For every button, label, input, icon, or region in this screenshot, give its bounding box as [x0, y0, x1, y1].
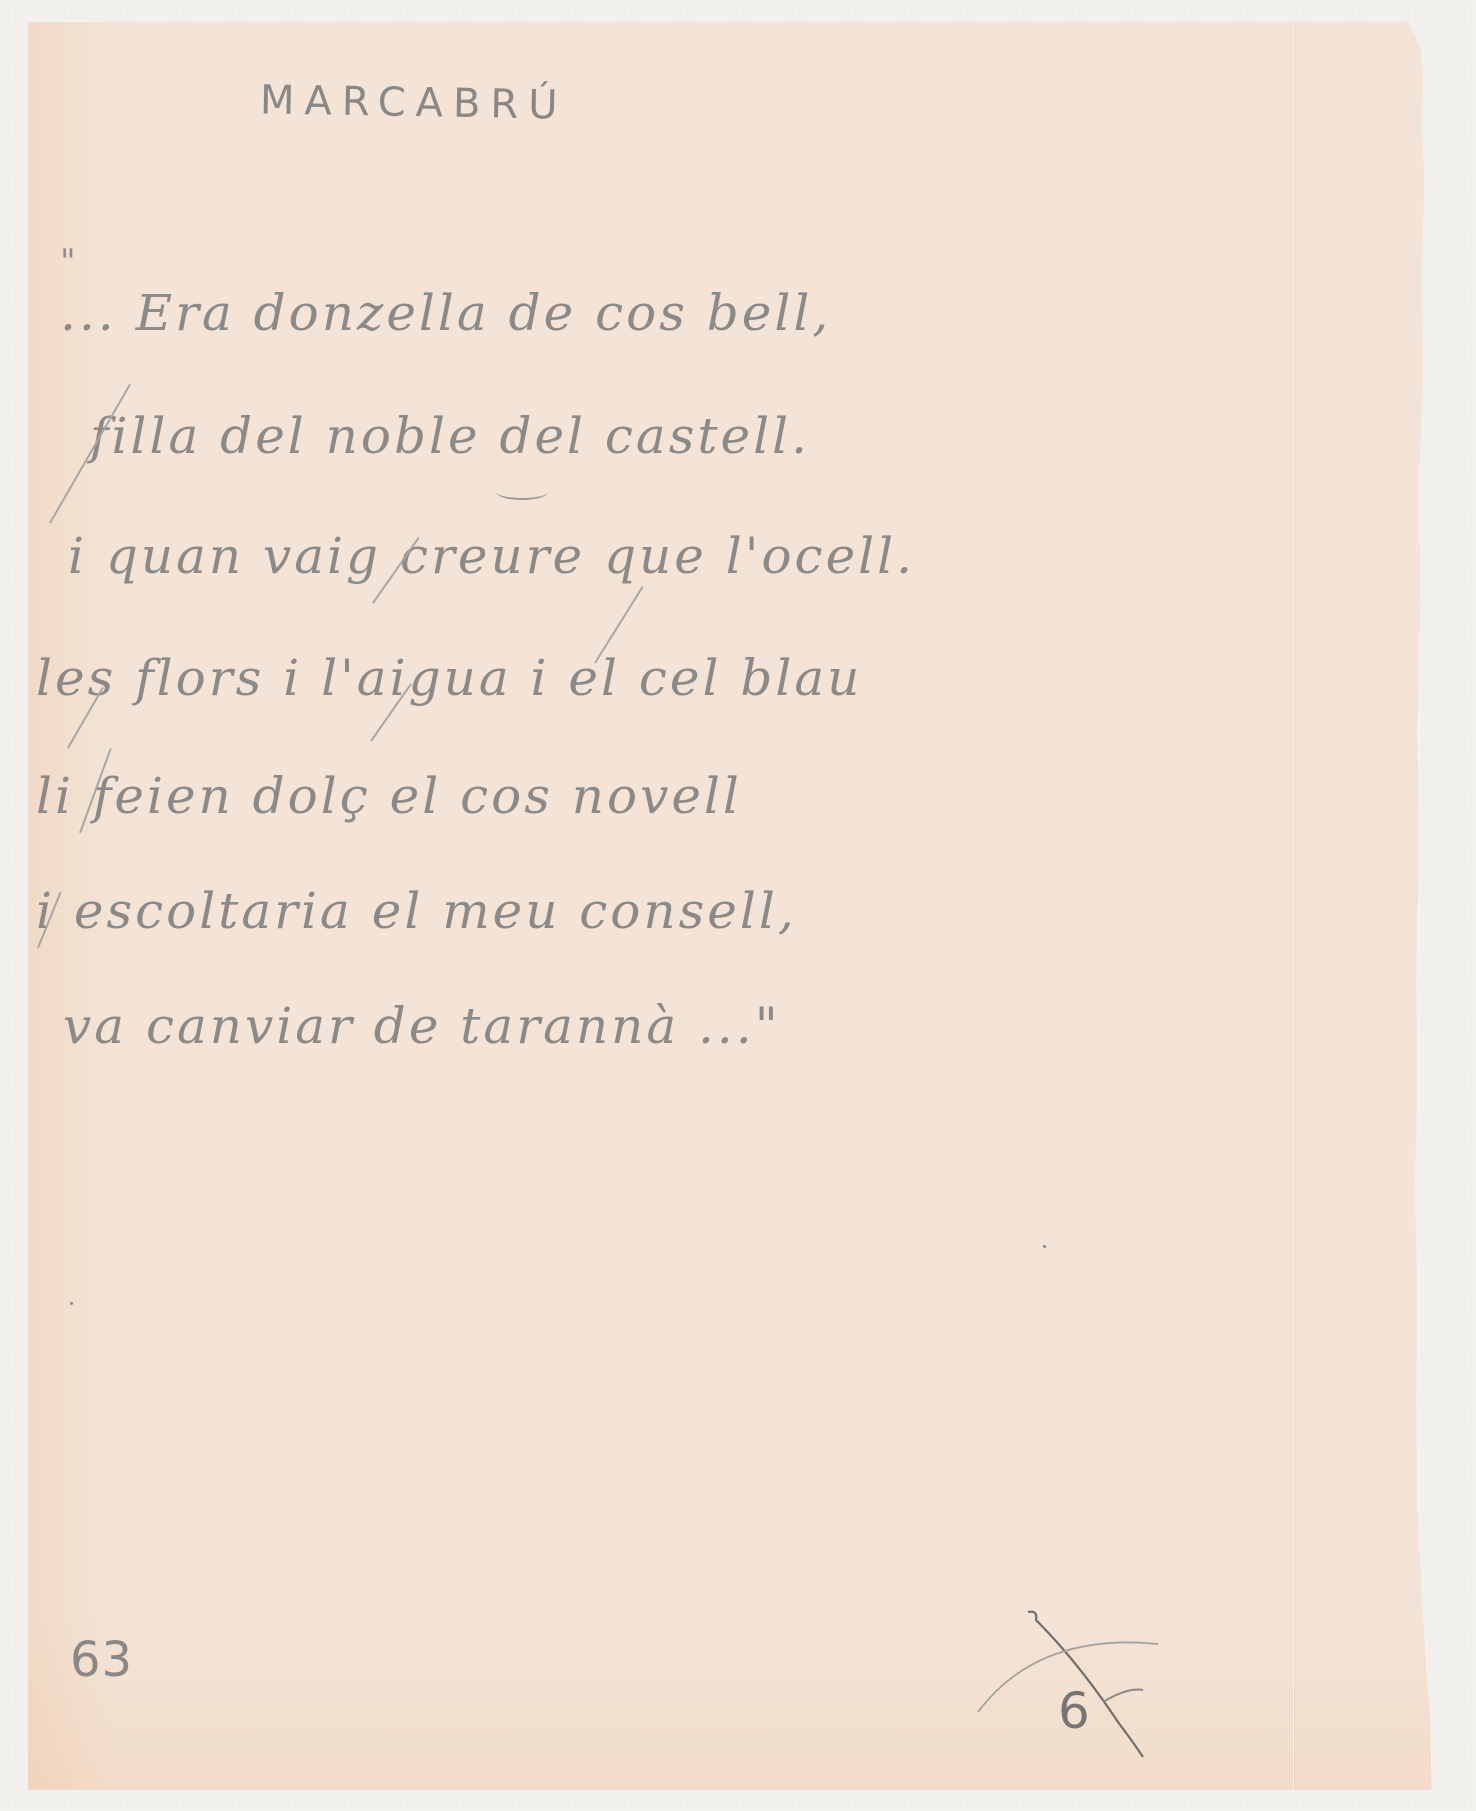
page-number: 6 — [1058, 1682, 1091, 1740]
verse-line-2: filla del noble del castell. — [90, 407, 810, 465]
verse-line-6: i escoltaria el meu consell, — [36, 882, 797, 940]
pencil-speck — [70, 1302, 73, 1305]
verse-line-7: va canviar de tarannà ..." — [63, 997, 781, 1055]
manuscript-page: MARCABRÚ " ... Era donzella de cos bell,… — [28, 22, 1433, 1790]
verse-line-1: ... Era donzella de cos bell, — [60, 284, 831, 342]
correction-underline-mark — [496, 484, 548, 500]
verse-line-4: les flors i l'aigua i el cel blau — [36, 649, 862, 707]
verse-line-3: i quan vaig creure que l'ocell. — [68, 527, 915, 585]
page-title: MARCABRÚ — [260, 77, 568, 128]
folio-number: 63 — [70, 1632, 133, 1688]
verse-line-5: li feien dolç el cos novell — [36, 767, 742, 825]
paper-crease — [1293, 22, 1295, 1790]
pencil-speck — [1043, 1245, 1046, 1248]
opening-quote-mark: " — [60, 242, 77, 282]
